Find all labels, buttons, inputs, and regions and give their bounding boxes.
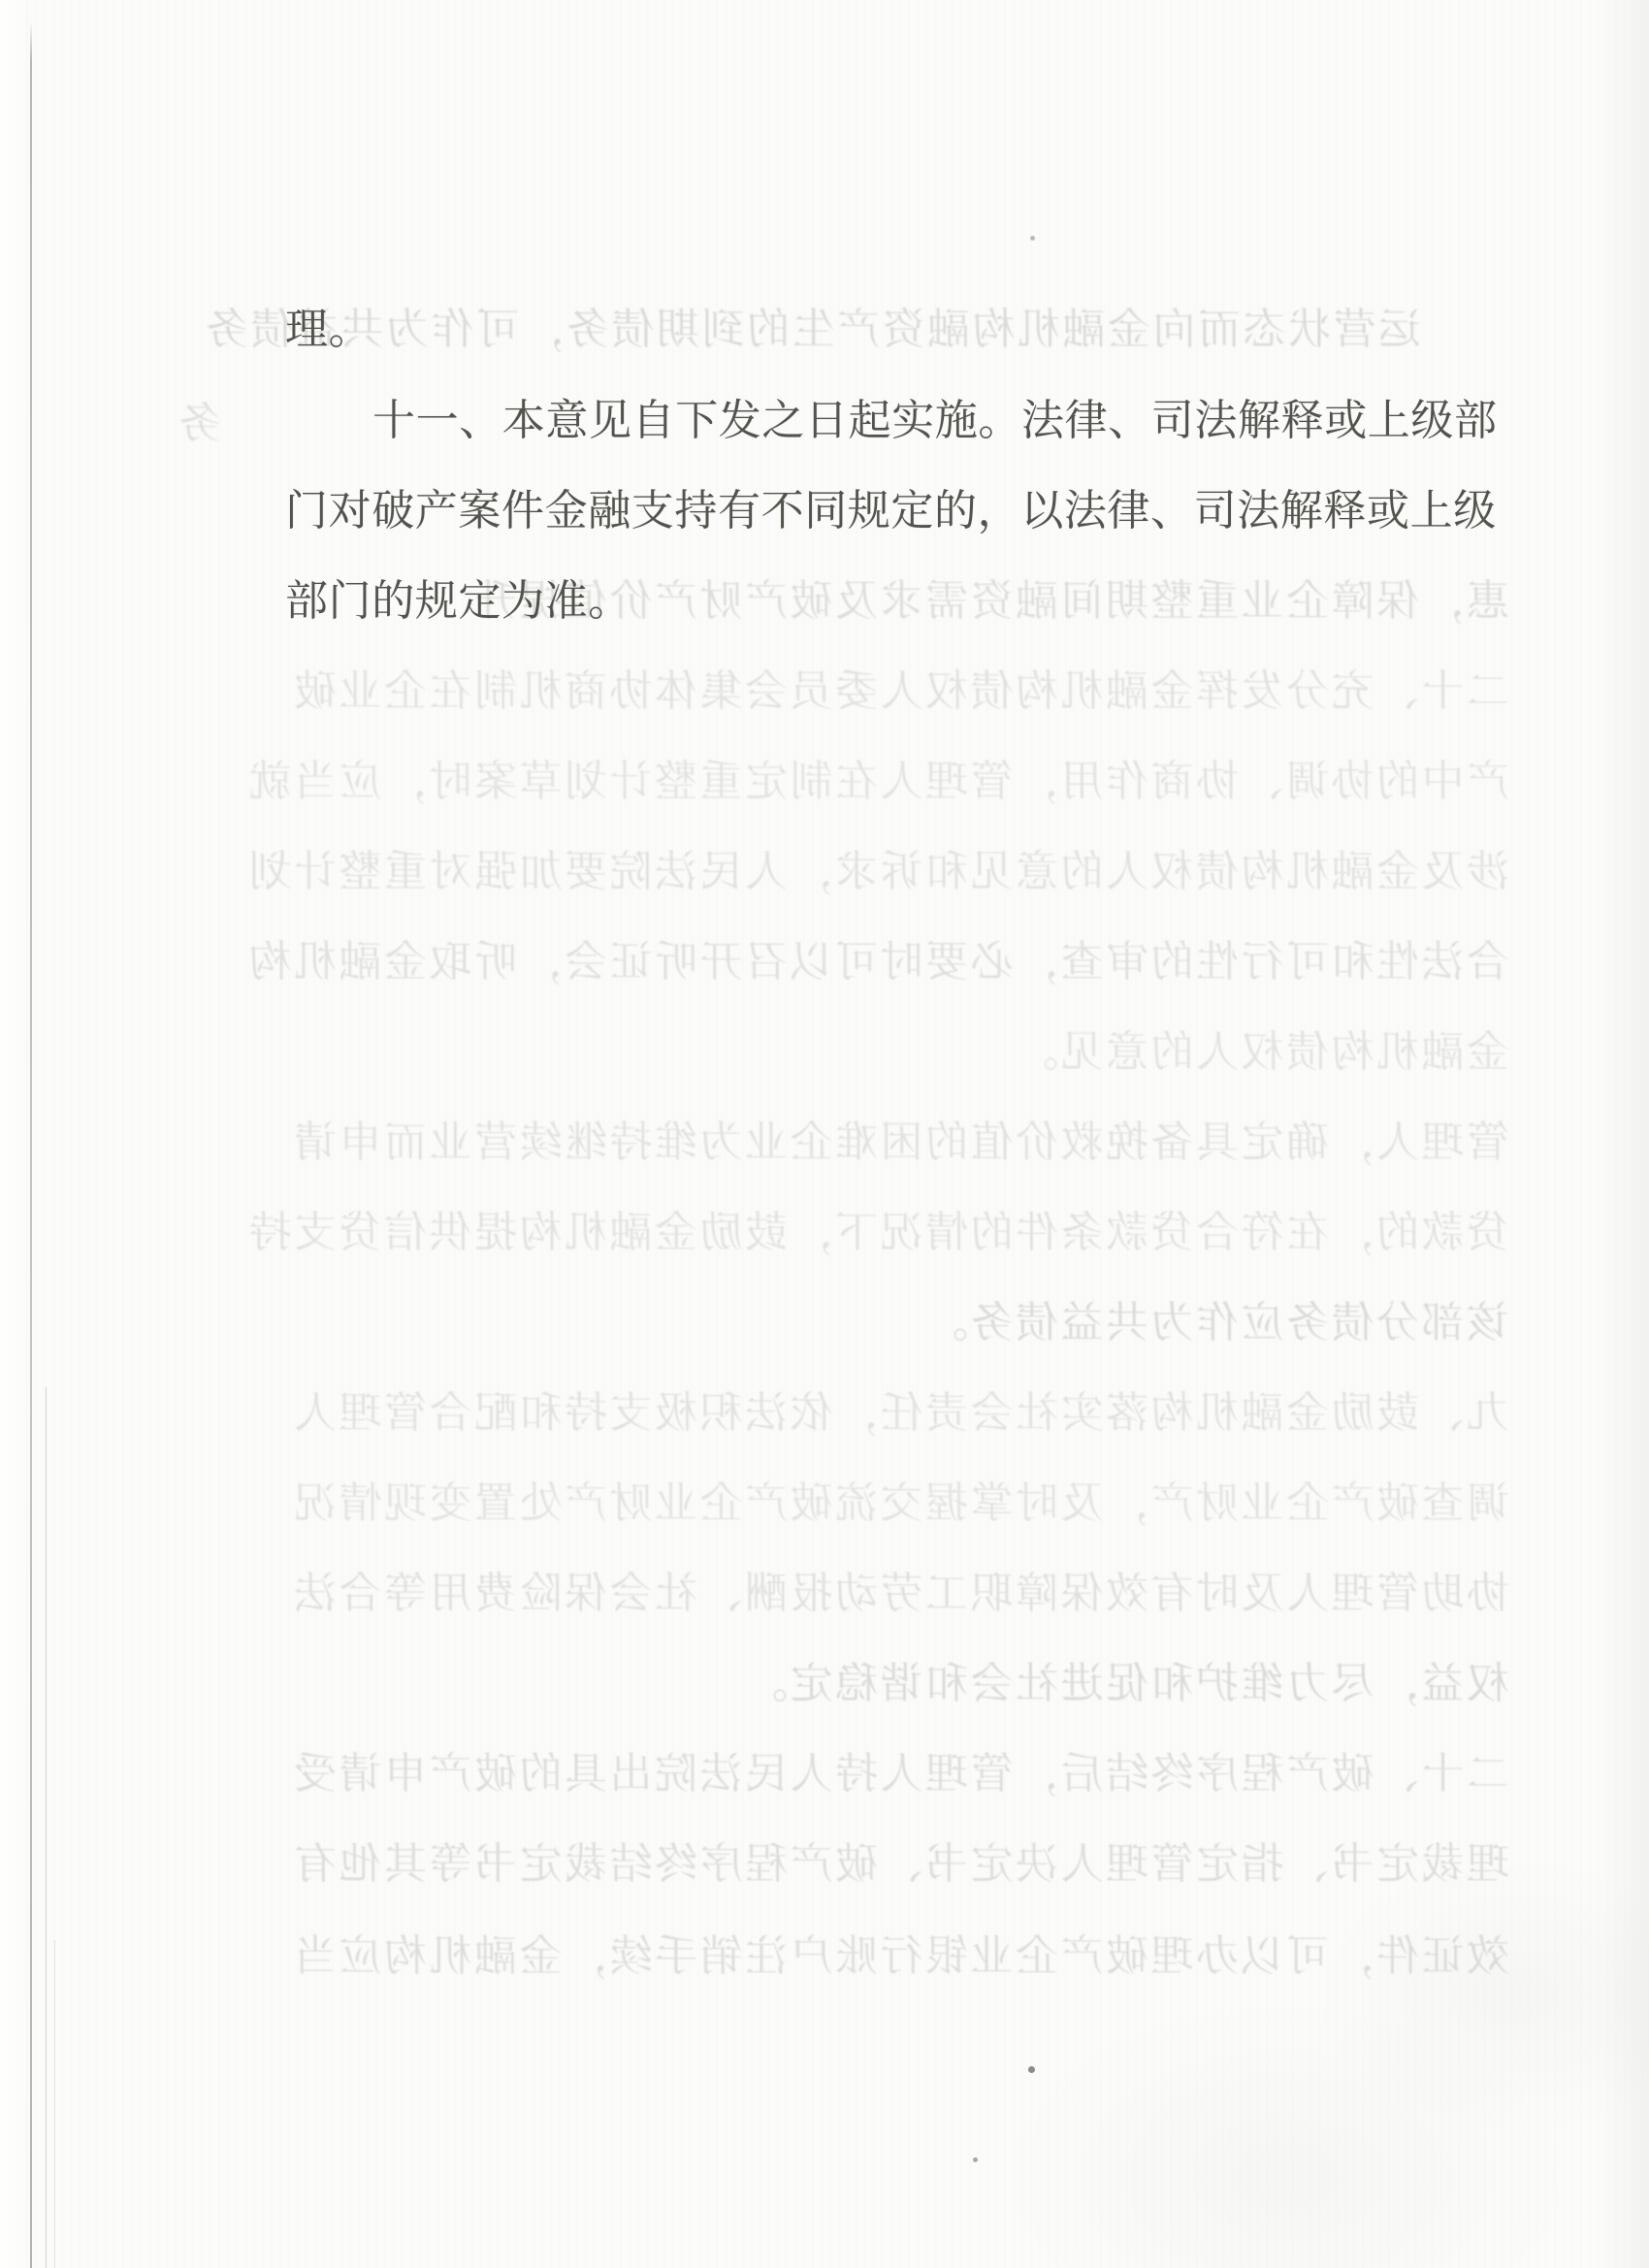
bleedthrough-line: 二十、破产程序终结后，管理人持人民法院出具的破产申请受 [200, 1738, 1509, 1800]
bleedthrough-line: 调查破产企业财产，及时掌握交流破产企业财产处置变现情况 [200, 1468, 1509, 1530]
bleedthrough-line: 权益，尽力维护和促进社会和谐稳定。 [200, 1648, 1509, 1710]
bleedthrough-line: 贷款的，在符合贷款条件的情况下，鼓励金融机构提供信贷支持 [200, 1197, 1509, 1259]
bleedthrough-line: 金融机构债权人的意见。 [200, 1017, 1509, 1079]
bleedthrough-line: 产中的协调、协商作用，管理人在制定重整计划草案时，应当就 [200, 746, 1509, 808]
bleedthrough-line: 二十、充分发挥金融机构债权人委员会集体协商机制在企业破 [200, 656, 1509, 718]
ink-speck [973, 2157, 978, 2162]
bleedthrough-line: 务 [163, 388, 221, 450]
ink-speck [1030, 236, 1035, 241]
ink-speck [1028, 2066, 1035, 2073]
bleedthrough-line: 协助管理人及时有效保障职工劳动报酬、社会保险费用等合法 [200, 1558, 1509, 1620]
bleedthrough-line: 管理人，确定具备挽救价值的困难企业为维持继续营业而申请 [200, 1107, 1509, 1169]
text-line-paragraph-end: 理。 [285, 294, 372, 356]
page-edge-line-lower [46, 1387, 47, 2268]
bleedthrough-line: 涉及金融机构债权人的意见和诉求，人民法院要加强对重整计划 [200, 836, 1509, 898]
text-line-clause-11-end: 部门的规定为准。 [285, 566, 631, 628]
scanned-page: 运营状态而向金融机构融资产生的到期债务，可作为共益债务务惠，保障企业重整期间融资… [0, 0, 1649, 2268]
bleedthrough-line: 该部分债务应作为共益债务。 [200, 1287, 1509, 1349]
bleedthrough-line: 合法性和可行性的审查，必要时可以召开听证会，听取金融机构 [200, 926, 1509, 988]
bleedthrough-line: 理裁定书、指定管理人决定书、破产程序终结裁定书等其他有 [200, 1829, 1509, 1891]
page-edge-line-inner [54, 1940, 55, 2268]
text-line-clause-11-start: 十一、本意见自下发之日起实施。法律、司法解释或上级部 [285, 385, 1498, 447]
page-edge-line [30, 21, 32, 2268]
text-line-clause-11-middle: 门对破产案件金融支持有不同规定的，以法律、司法解释或上级 [285, 475, 1497, 537]
bleedthrough-line: 九、鼓励金融机构落实社会责任，依法积极支持和配合管理人 [200, 1377, 1509, 1440]
bleedthrough-line: 运营状态而向金融机构融资产生的到期债务，可作为共益债务 [250, 294, 1421, 356]
bleedthrough-line: 效证件，可以办理破产企业银行账户注销手续，金融机构应当 [200, 1921, 1509, 1983]
